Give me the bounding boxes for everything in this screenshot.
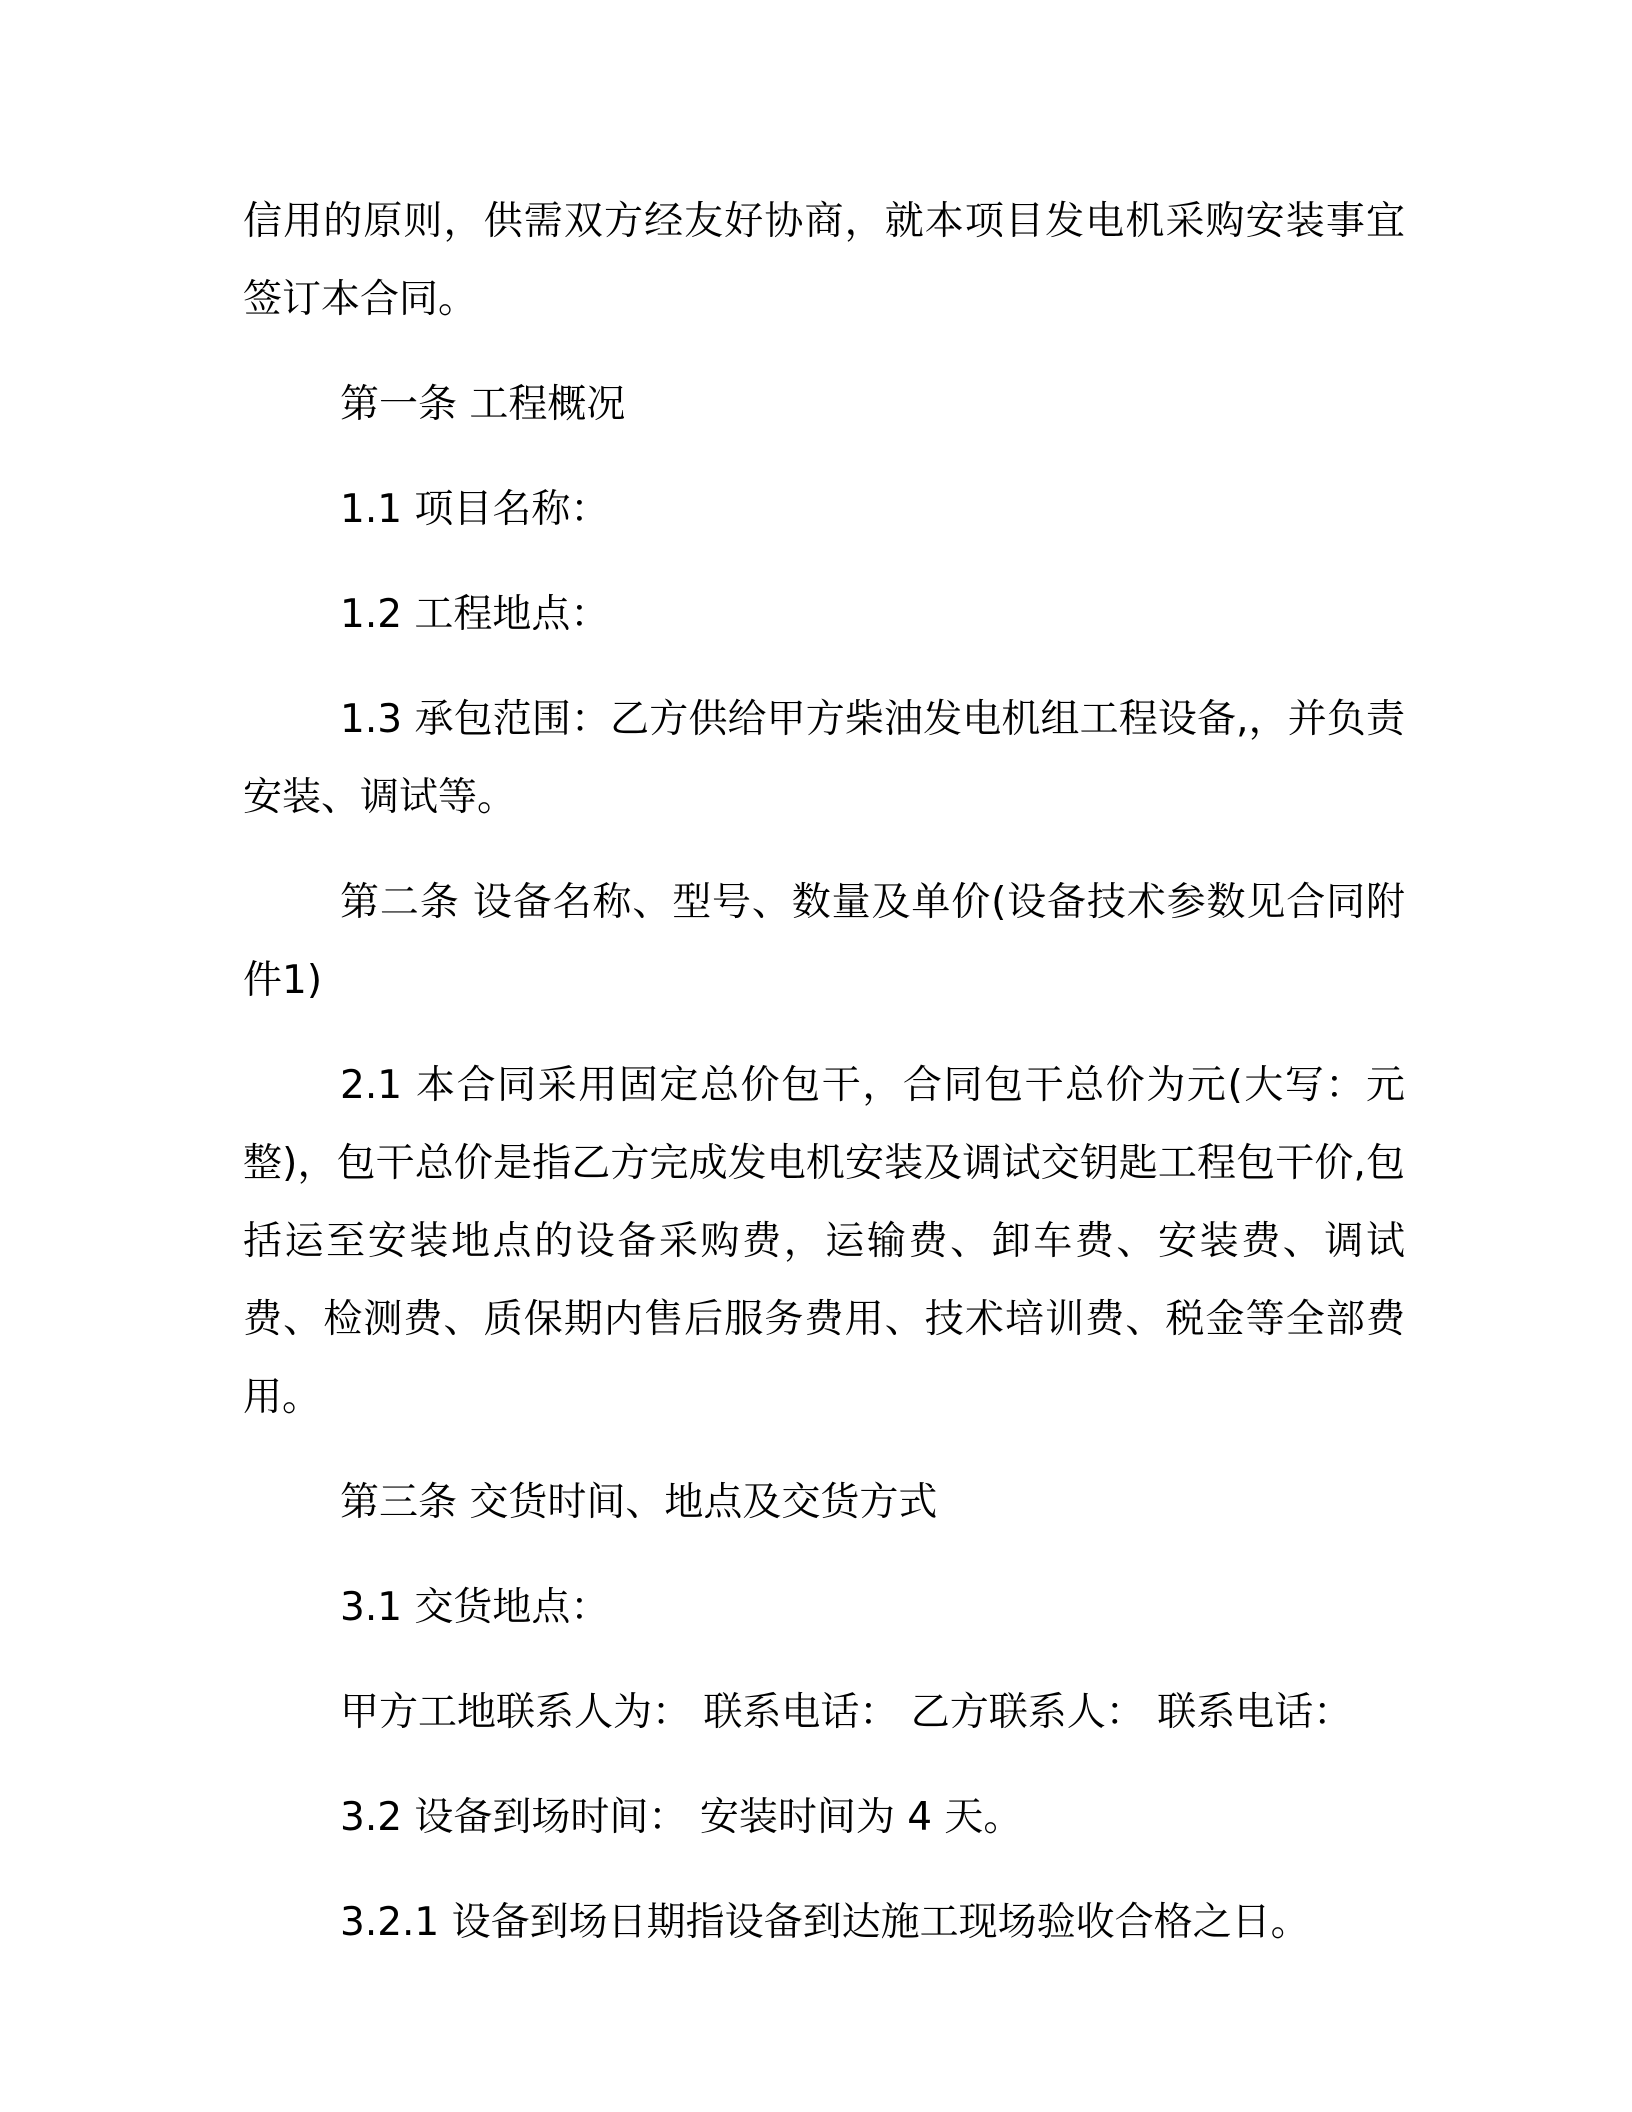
- article-2-heading: 第二条 设备名称、型号、数量及单价(设备技术参数见合同附件1): [243, 864, 1405, 1020]
- clause-1-2-project-location: 1.2 工程地点：: [243, 576, 1405, 654]
- clause-3-2-arrival-time: 3.2 设备到场时间： 安装时间为 4 天。: [243, 1779, 1405, 1857]
- contacts-line: 甲方工地联系人为： 联系电话： 乙方联系人： 联系电话：: [243, 1674, 1405, 1752]
- clause-3-1-delivery-location: 3.1 交货地点：: [243, 1569, 1405, 1647]
- clause-2-1-fixed-price: 2.1 本合同采用固定总价包干，合同包干总价为元(大写：元整)，包干总价是指乙方…: [243, 1047, 1405, 1437]
- clause-1-1-project-name: 1.1 项目名称：: [243, 471, 1405, 549]
- article-3-heading: 第三条 交货时间、地点及交货方式: [243, 1464, 1405, 1542]
- article-1-heading: 第一条 工程概况: [243, 366, 1405, 444]
- paragraph-intro-tail: 信用的原则，供需双方经友好协商，就本项目发电机采购安装事宜签订本合同。: [243, 183, 1405, 339]
- clause-1-3-contract-scope: 1.3 承包范围：乙方供给甲方柴油发电机组工程设备,，并负责安装、调试等。: [243, 681, 1405, 837]
- clause-3-2-1-arrival-date-definition: 3.2.1 设备到场日期指设备到达施工现场验收合格之日。: [243, 1884, 1405, 1962]
- document-page: 信用的原则，供需双方经友好协商，就本项目发电机采购安装事宜签订本合同。 第一条 …: [243, 183, 1405, 1989]
